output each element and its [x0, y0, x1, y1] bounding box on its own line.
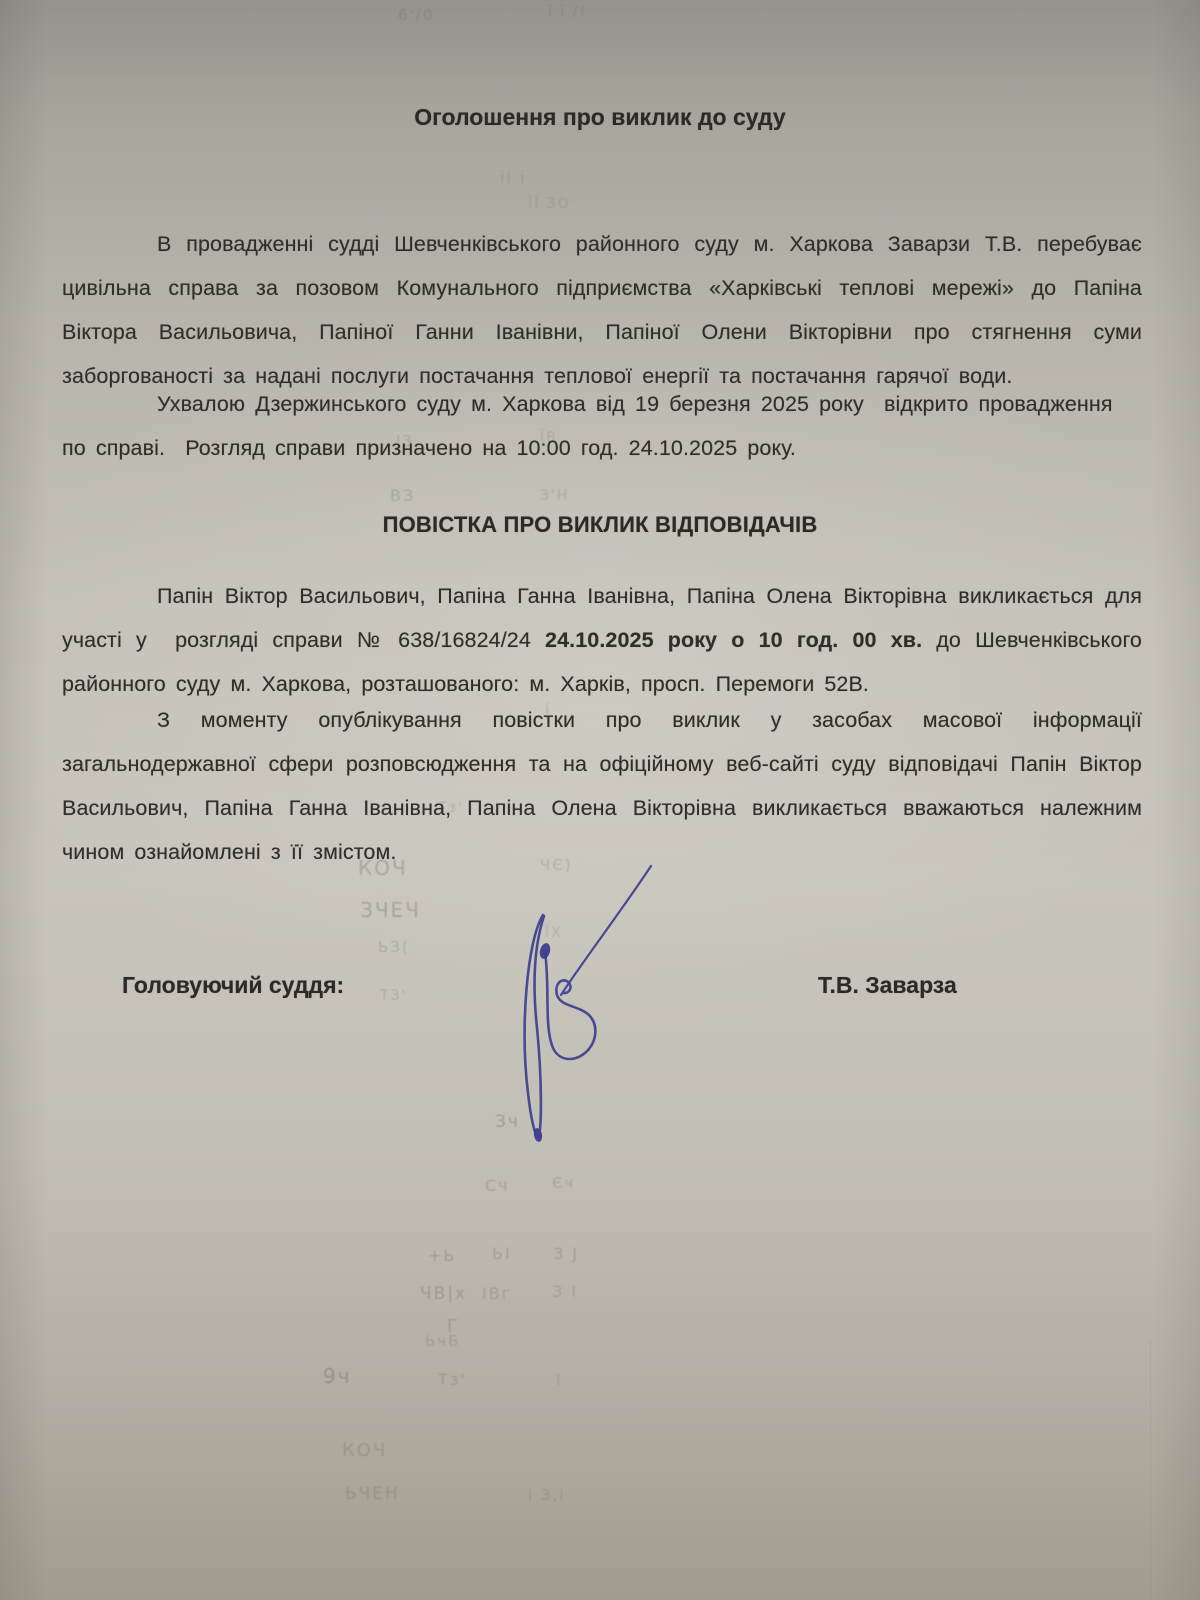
summons-heading: ПОВІСТКА ПРО ВИКЛИК ВІДПОВІДАЧІВ: [0, 512, 1200, 538]
bleed-through-mark: ЗЧЕЧ: [360, 898, 421, 922]
paragraph-court-ruling: Ухвалою Дзержинського суду м. Харкова ві…: [62, 382, 1142, 470]
paper-crease: [1150, 1340, 1151, 1600]
judge-signature-ink: [455, 835, 755, 1165]
bleed-through-mark: ЬчБ: [425, 1332, 460, 1350]
bleed-through-mark: З J: [553, 1244, 579, 1263]
bleed-through-mark: Г: [447, 1316, 460, 1337]
presiding-judge-label: Головуючий суддя:: [122, 972, 344, 999]
bleed-through-mark: ї ї /!: [548, 4, 587, 20]
bleed-through-mark: ВЗ: [390, 486, 415, 505]
bleed-through-mark: З І: [552, 1282, 578, 1301]
bleed-through-mark: 9ч: [323, 1364, 352, 1388]
bleed-through-mark: іі і: [500, 168, 526, 187]
bleed-through-mark: +Ь: [428, 1246, 456, 1265]
bleed-through-mark: ЇЇ ЗО: [528, 196, 571, 212]
bleed-through-mark: Тз': [438, 1370, 467, 1389]
bleed-through-mark: ЬЗ(: [378, 938, 410, 956]
bleed-through-mark: Єч: [552, 1174, 575, 1192]
bleed-through-mark: З'Н: [540, 488, 569, 504]
scanned-court-document-page: 6'/0ї ї /!іі іЇЇ ЗОІЗЇВВЗЗ'НіТз'КОЧЗЧЕЧЧ…: [0, 0, 1200, 1600]
paragraph-case-description: В провадженні судді Шевченківського райо…: [62, 222, 1142, 398]
signature-ink-blob-top: [538, 942, 552, 960]
bleed-through-mark: ІВг: [482, 1284, 512, 1303]
bleed-through-mark: ЧВ|х: [420, 1284, 467, 1304]
bleed-through-mark: Сч: [485, 1176, 510, 1195]
summons-hearing-datetime: 24.10.2025 року о 10 год. 00 хв.: [545, 628, 922, 652]
signature-svg: [455, 835, 755, 1165]
bleed-through-mark: 6'/0: [398, 6, 434, 24]
bleed-through-mark: ЬЧЕН: [345, 1484, 400, 1504]
bleed-through-mark: ТЗ': [380, 988, 407, 1004]
bleed-through-mark: І: [556, 1370, 563, 1389]
signature-lower-loops: [545, 952, 595, 1059]
bleed-through-mark: КОЧ: [342, 1440, 387, 1461]
document-title: Оголошення про виклик до суду: [0, 104, 1200, 131]
bleed-through-mark: ЬІ: [492, 1244, 512, 1263]
paragraph-summons-details: Папін Віктор Васильович, Папіна Ганна Ів…: [62, 574, 1142, 706]
bleed-through-mark: і З,і: [528, 1486, 566, 1504]
signature-diagonal-stroke: [561, 866, 651, 995]
judge-name: Т.В. Заварза: [818, 972, 957, 999]
